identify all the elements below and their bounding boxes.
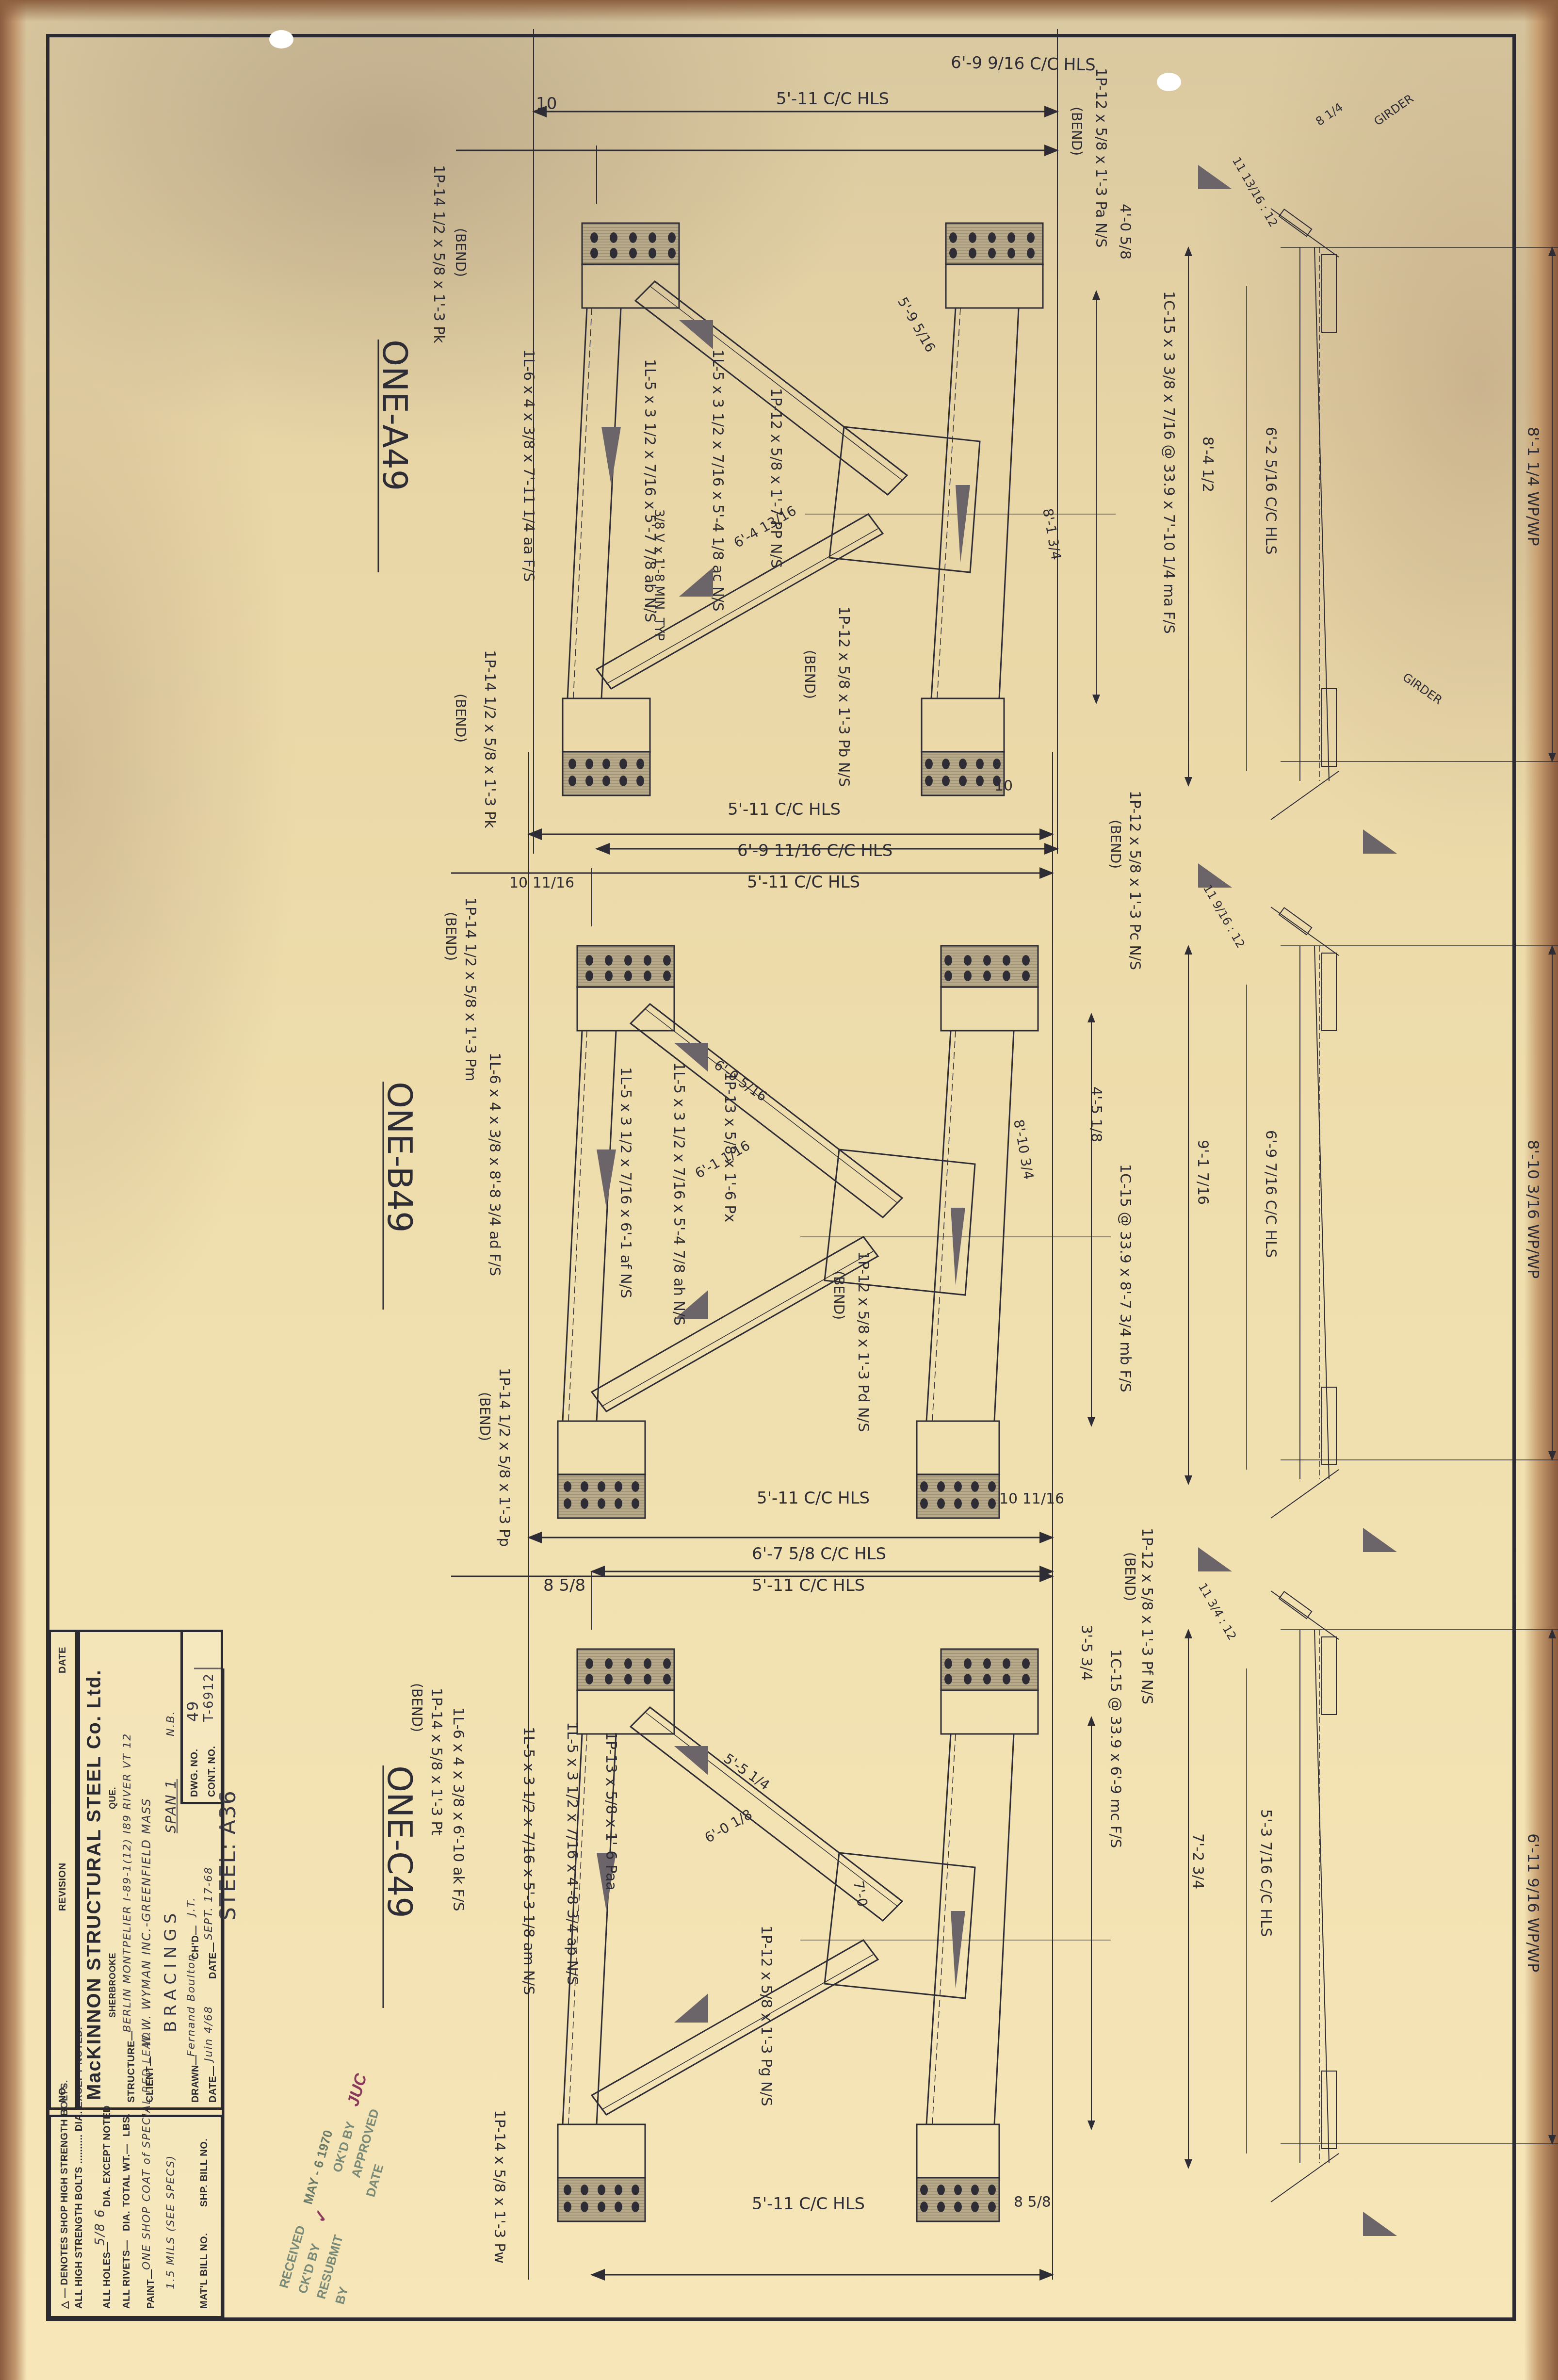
frame-c-right-column: 1C-15 @ 33.9 x 6'-9 mc F/S bbox=[1107, 1649, 1124, 1848]
side-view-a-labels: 8'-1 1/4 WP/WP 8'-4 1/2 6'-2 5/16 C/C HL… bbox=[1199, 92, 1542, 707]
frame-b-right-column: 1C-15 @ 33.9 x 8'-7 3/4 mb F/S bbox=[1117, 1164, 1134, 1392]
frame-c-bottom-span: 5'-11 C/C HLS bbox=[752, 2194, 865, 2214]
cont-no-value: T-6912 bbox=[202, 1673, 216, 1722]
drawing-annotations: ONE-A49 6'-9 9/16 C/C HLS 10 5'-11 C/C H… bbox=[0, 0, 1558, 2380]
note-matl-bill: MAT'L BILL NO. bbox=[199, 2233, 210, 2309]
frame-a-slope-3: 8'-1 3/4 bbox=[1039, 507, 1064, 561]
revision-date-header: DATE bbox=[57, 1647, 68, 1673]
frame-b-top-right-plate-note: (BEND) bbox=[1107, 820, 1123, 869]
frame-c-bottom-left-plate: 1P-14 x 5/8 x 1'-3 Pw bbox=[491, 2110, 508, 2264]
note-shop-bolts: △ — DENOTES SHOP HIGH STRENGTH BOLTS. bbox=[58, 2080, 70, 2309]
frame-a-weld-note: 3/8 V x 1'-8 MIN. TYP bbox=[651, 509, 666, 641]
frame-a-right-dim: 4'-0 5/8 bbox=[1117, 204, 1134, 259]
frame-b-bottom-right-plate: 1P-12 x 5/8 x 1'-3 Pd N/S bbox=[855, 1251, 872, 1432]
company-city: SHERBROOKE bbox=[108, 1953, 118, 2018]
frame-c-right-dim: 3'-5 3/4 bbox=[1078, 1625, 1095, 1681]
checked-value: J.T. bbox=[185, 1897, 197, 1916]
frame-c-brace-lower: 1L-5 x 3 1/2 x 7/16 x 4'-8 3/4 ap N/S bbox=[564, 1722, 581, 1985]
note-total-wt-unit: LBS. bbox=[121, 2113, 132, 2137]
drawing-title: BRACINGS bbox=[161, 1909, 180, 2032]
frame-b-bottom-span: 5'-11 C/C HLS bbox=[757, 1489, 870, 1508]
frame-c-slope-3: 7'-0 bbox=[850, 1879, 871, 1908]
frame-b-span-dim: 5'-11 C/C HLS bbox=[747, 873, 860, 892]
date2-value: SEPT. 17-68 bbox=[203, 1866, 215, 1940]
frame-c: ONE-C49 6'-7 5/8 C/C HLS 8 5/8 5'-11 C/C… bbox=[380, 1528, 1155, 2264]
frame-c-top-left-plate-note: (BEND) bbox=[409, 1683, 425, 1732]
frame-c-top-offset: 8 5/8 bbox=[543, 1576, 585, 1595]
frame-c-top-left-plate: 1P-14 x 5/8 x 1'-3 Pt bbox=[428, 1688, 445, 1835]
frame-a-right-column: 1C-15 x 3 3/8 x 7/16 @ 33.9 x 7'-10 1/4 … bbox=[1160, 291, 1177, 634]
structure-value: BERLIN MONTPELIER I-89-1(12) I89 RIVER V… bbox=[121, 1733, 133, 2032]
stamp-date-label: DATE bbox=[363, 2163, 387, 2199]
title-block: △ — DENOTES SHOP HIGH STRENGTH BOLTS. AL… bbox=[49, 1630, 223, 2318]
frame-b-bottom-left-plate-note: (BEND) bbox=[477, 1392, 493, 1441]
date2-label: DATE— bbox=[208, 1943, 219, 1979]
frame-a-top-right-plate-note: (BEND) bbox=[1069, 107, 1085, 156]
frame-b-slope-1: 6'-0 5/16 bbox=[711, 1057, 770, 1105]
frame-a-top-left-plate: 1P-14 1/2 x 5/8 x 1'-3 Pk bbox=[430, 165, 447, 343]
frame-a-bottom-offset: 10 bbox=[994, 777, 1013, 794]
side-c-slope: 11 3/4 : 12 bbox=[1196, 1581, 1239, 1642]
frame-c-bottom-offset: 8 5/8 bbox=[1014, 2194, 1051, 2211]
frame-a-bottom-left-plate-note: (BEND) bbox=[453, 694, 469, 743]
frame-c-slope-1: 5'-5 1/4 bbox=[721, 1750, 773, 1794]
client-value: W.W. WYMAN INC.-GREENFIELD MASS bbox=[140, 1798, 153, 2047]
date-label: DATE— bbox=[208, 2066, 219, 2103]
dwg-no-value: 49 bbox=[183, 1700, 202, 1722]
side-a-girder-dim: 8 1/4 bbox=[1313, 100, 1345, 129]
side-view-b-labels: 8'-10 3/16 WP/WP 9'-1 7/16 6'-9 7/16 C/C… bbox=[1194, 882, 1542, 1279]
frame-a-left-column: 1L-6 x 4 x 3/8 x 7'-11 1/4 aa F/S bbox=[520, 349, 537, 582]
side-b-hls: 6'-9 7/16 C/C HLS bbox=[1262, 1130, 1279, 1258]
frame-c-left-column: 1L-6 x 4 x 3/8 x 6'-10 ak F/S bbox=[450, 1707, 467, 1911]
frame-b-brace-upper: 1L-5 x 3 1/2 x 7/16 x 6'-1 af N/S bbox=[617, 1067, 634, 1298]
frame-a-top-left-plate-note: (BEND) bbox=[453, 228, 469, 277]
frame-b-slope-3: 8'-10 3/4 bbox=[1010, 1118, 1037, 1181]
side-c-height: 6'-11 9/16 WP/WP bbox=[1524, 1833, 1542, 1972]
note-holes-suffix: DIA. EXCEPT NOTED bbox=[102, 2105, 113, 2207]
note-rivets-suffix: DIA. bbox=[121, 2211, 132, 2231]
frame-a-slope-2: 6'-4 13/16 bbox=[731, 502, 799, 551]
receiving-stamp: RECEIVED MAY - 6 1970 CK'D BY ✓ OK'D BY … bbox=[272, 2013, 398, 2280]
frame-c-span-dim: 5'-11 C/C HLS bbox=[752, 1576, 865, 1595]
frame-c-bottom-right-plate: 1P-12 x 5/8 x 1'-3 Pg N/S bbox=[758, 1926, 775, 2106]
frame-a-center-plate: 1P-12 x 5/8 x 1'-7 PP N/S bbox=[767, 388, 784, 568]
note-total-wt-label: TOTAL WT.— bbox=[121, 2144, 132, 2207]
frame-a-bottom-right-plate: 1P-12 x 5/8 x 1'-3 Pb N/S bbox=[835, 606, 852, 787]
frame-c-top-right-plate-note: (BEND) bbox=[1122, 1552, 1138, 1601]
frame-b-top-offset: 10 11/16 bbox=[509, 874, 574, 891]
drawn-value: Fernand Boulton bbox=[185, 1954, 197, 2056]
frame-b-bottom-left-plate: 1P-14 1/2 x 5/8 x 1'-3 Pp bbox=[496, 1368, 513, 1547]
drawn-label: DRAWN— bbox=[190, 2055, 201, 2103]
frame-c-slope-2: 6'-0 1/8 bbox=[702, 1806, 755, 1846]
side-c-hls: 5'-3 7/16 C/C HLS bbox=[1257, 1809, 1274, 1937]
cont-no-label: CONT. NO. bbox=[207, 1746, 218, 1797]
revision-no-header: NO. bbox=[57, 2085, 68, 2103]
company-province: QUE. bbox=[108, 1787, 118, 1809]
drawing-span-suffix: N.B. bbox=[165, 1710, 177, 1736]
frame-c-top-right-plate: 1P-12 x 5/8 x 1'-3 Pf N/S bbox=[1138, 1528, 1155, 1704]
note-paint-value2: 1.5 MILS (SEE SPECS) bbox=[165, 2155, 177, 2289]
frame-c-brace-upper: 1L-5 x 3 1/2 x 7/16 x 5'-3 1/8 am N/S bbox=[520, 1727, 537, 1995]
frame-b-left-column: 1L-6 x 4 x 3/8 x 8'-8 3/4 ad F/S bbox=[486, 1052, 503, 1276]
note-rivets-label: ALL RIVETS— bbox=[121, 2240, 132, 2309]
frame-a-top-right-plate: 1P-12 x 5/8 x 1'-3 Pa N/S bbox=[1092, 68, 1109, 248]
frame-a: ONE-A49 6'-9 9/16 C/C HLS 10 5'-11 C/C H… bbox=[375, 53, 1177, 828]
frame-b-top-left-plate: 1P-14 1/2 x 5/8 x 1'-3 Pm bbox=[462, 897, 479, 1081]
drawing-span: SPAN 1 bbox=[163, 1779, 179, 1833]
side-c-diag: 7'-2 3/4 bbox=[1189, 1833, 1206, 1889]
frame-a-top-offset: 10 bbox=[536, 94, 557, 113]
side-a-girder-top: GIRDER bbox=[1371, 92, 1416, 129]
frame-a-span-dim: 5'-11 C/C HLS bbox=[776, 89, 889, 109]
side-b-diag: 9'-1 7/16 bbox=[1194, 1140, 1211, 1205]
frame-b-mark: ONE-B49 bbox=[380, 1082, 420, 1233]
frame-b-top-right-plate: 1P-12 x 5/8 x 1'-3 Pc N/S bbox=[1126, 791, 1143, 970]
side-a-slope: 11 13/16 : 12 bbox=[1230, 155, 1281, 229]
frame-a-overall-dim: 6'-9 9/16 C/C HLS bbox=[951, 53, 1096, 75]
side-b-slope: 11 9/16 : 12 bbox=[1201, 882, 1248, 950]
stamp-checkmark-icon: ✓ bbox=[310, 2206, 333, 2225]
checked-label: CH'D— bbox=[190, 1925, 201, 1959]
frame-c-mark: ONE-C49 bbox=[380, 1765, 420, 1918]
side-a-girder-bottom: GIRDER bbox=[1400, 670, 1445, 707]
frame-a-mark: ONE-A49 bbox=[375, 340, 415, 491]
frame-a-bottom-left-plate: 1P-14 1/2 x 5/8 x 1'-3 Pk bbox=[481, 650, 498, 828]
structure-label: STRUCTURE— bbox=[126, 2031, 137, 2103]
note-holes-label: ALL HOLES— bbox=[102, 2242, 113, 2309]
dwg-no-label: DWG. NO. bbox=[189, 1749, 200, 1797]
revision-header: REVISION bbox=[57, 1862, 68, 1911]
side-view-c-labels: 6'-11 9/16 WP/WP 7'-2 3/4 5'-3 7/16 C/C … bbox=[1189, 1581, 1542, 1972]
frame-c-center-plate: 1P-13 x 5/8 x 1'-6 Paa bbox=[602, 1732, 619, 1891]
frame-c-overall-dim: 6'-7 5/8 C/C HLS bbox=[752, 1544, 886, 1564]
frame-a-brace-upper: 1L-5 x 3 1/2 x 7/16 x 5'-4 1/8 ac N/S bbox=[709, 349, 726, 612]
frame-b-top-left-plate-note: (BEND) bbox=[443, 912, 459, 961]
company-name: MacKINNON STRUCTURAL STEEL Co. Ltd. bbox=[83, 1669, 105, 2100]
note-paint-label: PAINT— bbox=[146, 2269, 157, 2309]
frame-b-bottom-right-plate-note: (BEND) bbox=[831, 1271, 847, 1320]
frame-a-slope-1: 5'-9 5/16 bbox=[894, 294, 939, 355]
side-a-height: 8'-1 1/4 WP/WP bbox=[1524, 427, 1542, 546]
frame-b: ONE-B49 6'-9 11/16 C/C HLS 10 11/16 5'-1… bbox=[380, 791, 1143, 1547]
date-value: Juin 4/68 bbox=[203, 2006, 215, 2061]
frame-b-bottom-offset: 10 11/16 bbox=[999, 1490, 1064, 1507]
client-label: CLIENT— bbox=[145, 2056, 156, 2103]
frame-b-brace-lower: 1L-5 x 3 1/2 x 7/16 x 5'-4 7/8 ah N/S bbox=[670, 1062, 687, 1326]
frame-b-overall-dim: 6'-9 11/16 C/C HLS bbox=[737, 841, 893, 860]
side-a-diag: 8'-4 1/2 bbox=[1199, 437, 1216, 492]
frame-a-bottom-span: 5'-11 C/C HLS bbox=[728, 800, 841, 819]
stamp-okd-initials: JUC bbox=[344, 2072, 371, 2108]
frame-a-bottom-right-plate-note: (BEND) bbox=[802, 650, 818, 699]
side-b-height: 8'-10 3/16 WP/WP bbox=[1524, 1140, 1542, 1279]
note-shp-bill: SHP. BILL NO. bbox=[199, 2138, 210, 2207]
note-holes-value: 5/8 6 bbox=[93, 2208, 108, 2246]
side-a-hls: 6'-2 5/16 C/C HLS bbox=[1262, 427, 1279, 555]
frame-b-right-dim: 4'-5 1/8 bbox=[1087, 1086, 1104, 1142]
